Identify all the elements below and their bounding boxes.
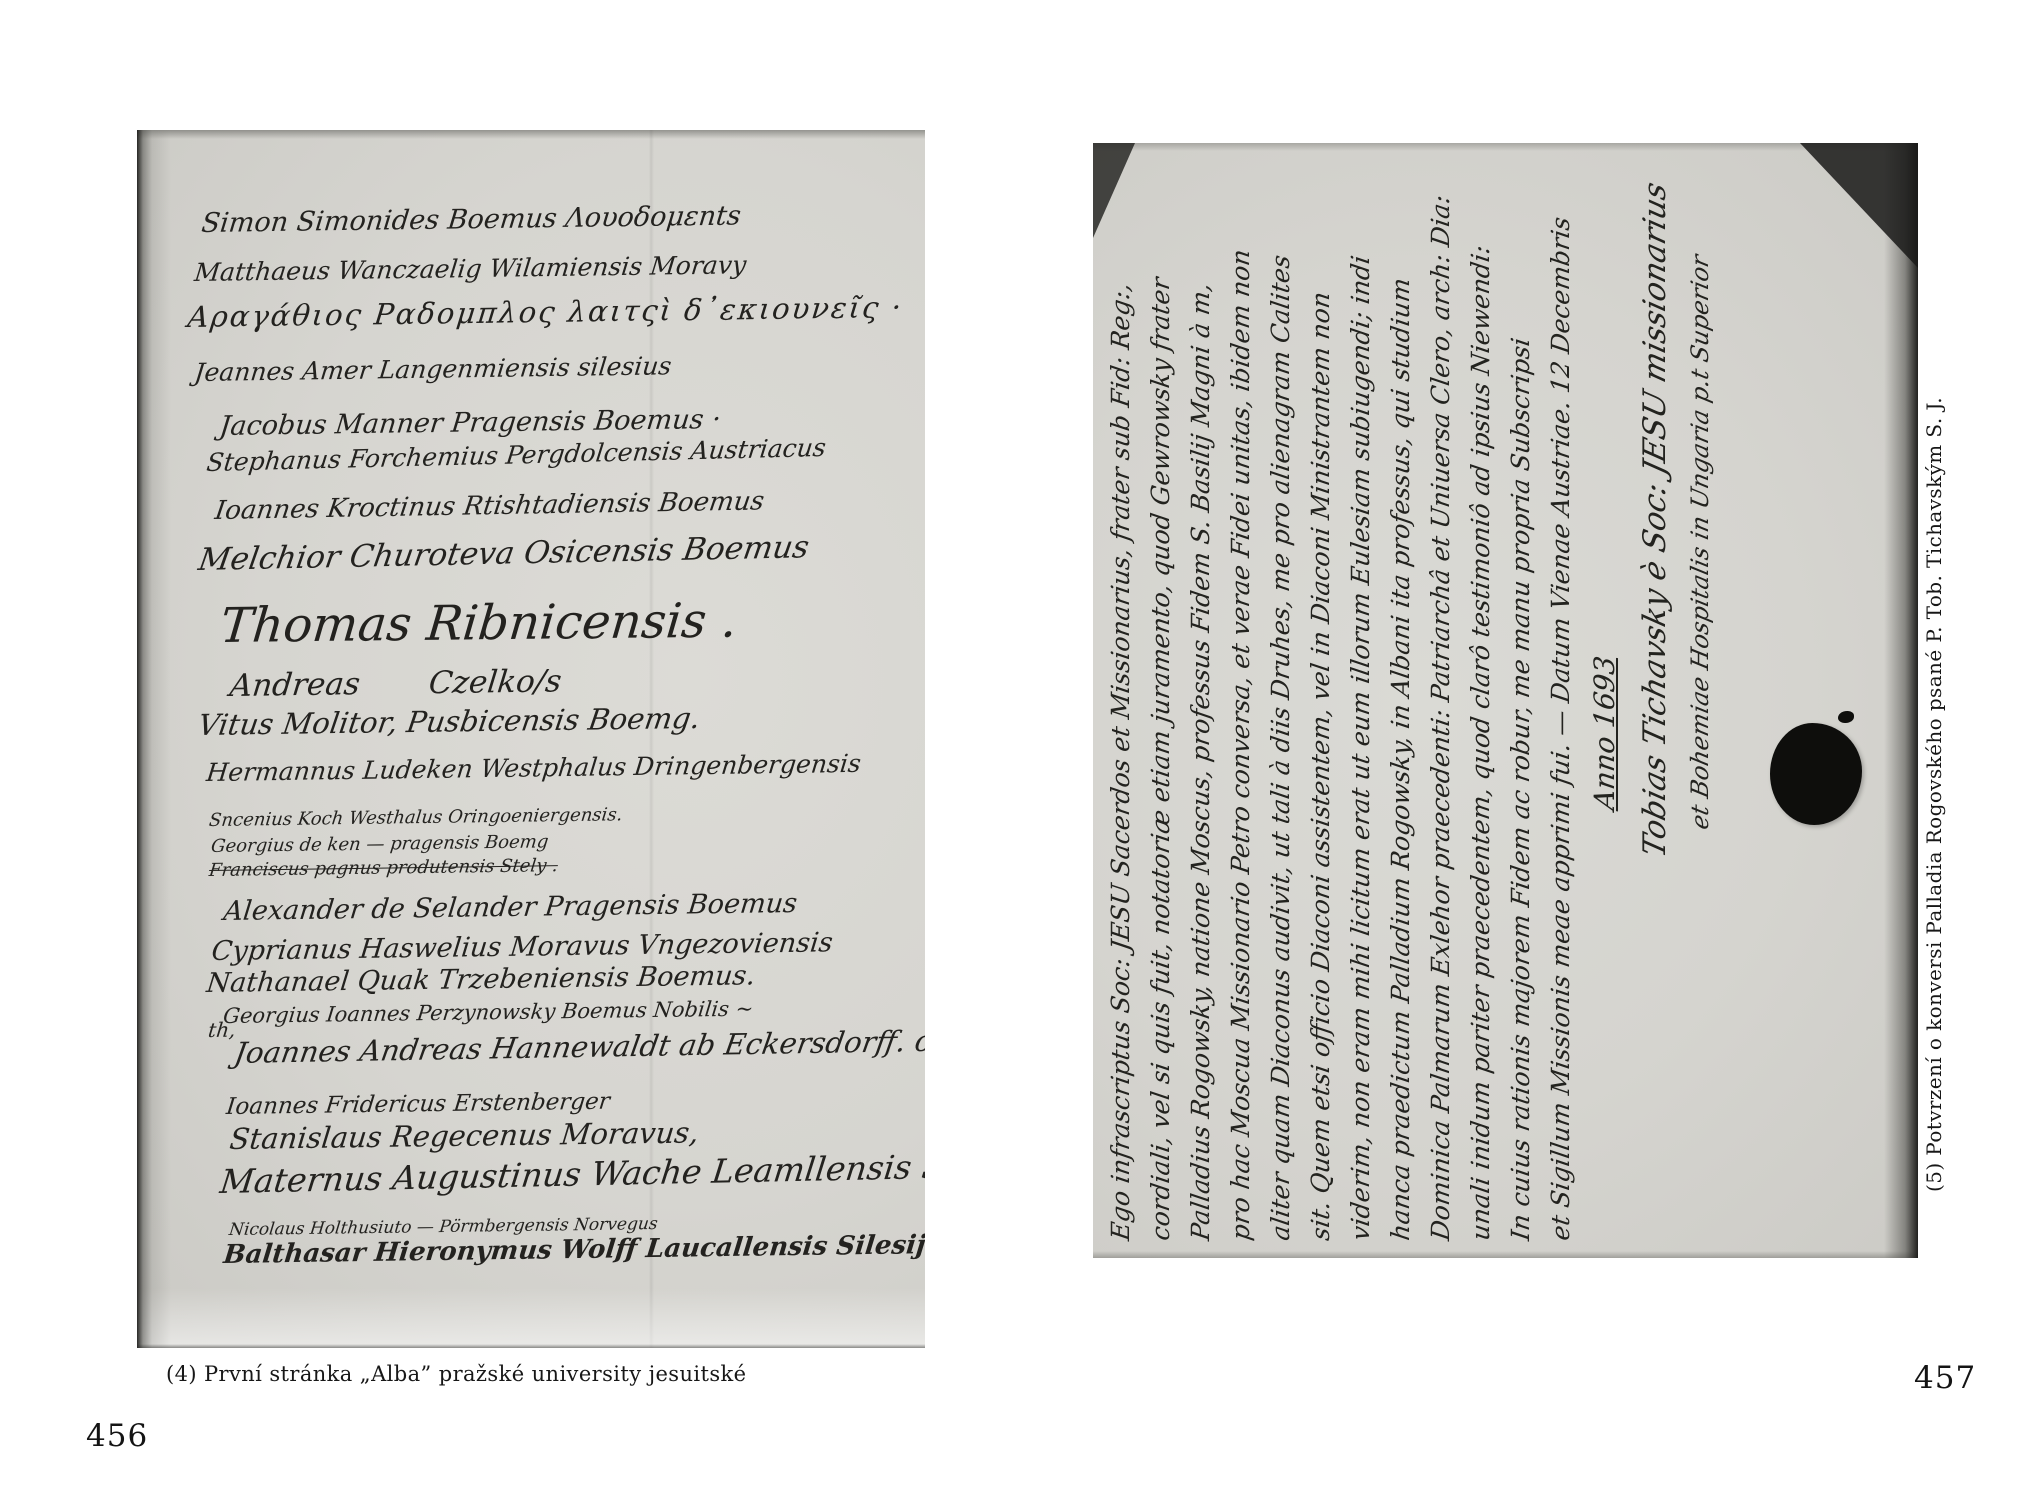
- manuscript-line-struck: Franciscus pagnus produtensis Stely .: [208, 855, 559, 881]
- wax-seal: [1770, 723, 1862, 825]
- manuscript-line: Joannes Andreas Hannewaldt ab Eckersdorf…: [232, 1024, 925, 1070]
- photo-alba-manuscript: Simon Simonides Boemus Λουοδομεnts Matth…: [137, 130, 925, 1348]
- manuscript-line-greek: Αραγάθιος Ραδομπλος λαιτςὶ δ᾽εκιουνεῖς ·: [186, 290, 905, 334]
- manuscript-line-large: Thomas Ribnicensis .: [218, 593, 740, 654]
- letter-signature: et Bohemiae Hospitalis in Ungaria p.t Su…: [1681, 145, 1719, 833]
- caption-figure-5: (5) Potvrzení o konversi Palladia Rogovs…: [1922, 432, 1946, 1192]
- photo-rogovsky-letter: Ego infrascriptus Soc: JESU Sacerdos et …: [1093, 143, 1918, 1258]
- manuscript-line: Jeannes Amer Langenmiensis silesius: [193, 351, 673, 387]
- wax-seal-drip: [1838, 711, 1854, 723]
- manuscript-line: Georgius Ioannes Perzynowsky Boemus Nobi…: [222, 997, 755, 1028]
- letter-line: Dominica Palmarum Exlehor praecedenti: P…: [1421, 147, 1461, 1243]
- manuscript-line: Alexander de Selander Pragensis Boemus: [222, 888, 799, 927]
- manuscript-line: Jacobus Manner Pragensis Boemus ·: [218, 404, 722, 442]
- letter-line: aliter quam Diaconus audivit, ut tali à …: [1261, 147, 1301, 1243]
- rotated-letter-text: Ego infrascriptus Soc: JESU Sacerdos et …: [1101, 153, 1791, 1243]
- letter-line: cordiali, vel si quis fuit, notatoriæ et…: [1141, 147, 1181, 1243]
- letter-line: hanca praedictum Palladium Rogowsky, in …: [1381, 147, 1421, 1243]
- page-number-456: 456: [86, 1418, 148, 1454]
- manuscript-line: Andreas Czelko/s: [228, 663, 563, 704]
- manuscript-line: Ioannes Fridericus Erstenberger: [225, 1089, 611, 1120]
- manuscript-line: Nathanael Quak Trzebeniensis Boemus.: [205, 960, 757, 999]
- letter-line: In cuius rationis majorem Fidem ac robur…: [1501, 147, 1541, 1243]
- letter-line: unali inidum pariter praecedentem, quod …: [1461, 147, 1501, 1243]
- letter-line: pro hac Moscua Missionario Petro convers…: [1221, 147, 1261, 1243]
- caption-figure-4: (4) První stránka „Alba” pražské univers…: [166, 1362, 747, 1386]
- manuscript-line: Stanislaus Regecenus Moravus,: [228, 1115, 701, 1156]
- margin-note: th,: [207, 1018, 237, 1042]
- manuscript-line-small: Sncenius Koch Westhalus Oringoeniergensi…: [208, 804, 624, 831]
- manuscript-line: Ioannes Kroctinus Rtishtadiensis Boemus: [213, 486, 766, 526]
- manuscript-line: Melchior Churoteva Osicensis Boemus: [196, 529, 812, 578]
- manuscript-line: Matthaeus Wanczaelig Wilamiensis Moravy: [193, 250, 748, 287]
- manuscript-line: Simon Simonides Boemus Λουοδομεnts: [200, 200, 742, 239]
- manuscript-line-small: Georgius de ken — pragensis Boemg: [210, 831, 550, 857]
- page-number-457: 457: [1914, 1360, 1976, 1396]
- letter-line: et Sigillum Missionis meae apprimi fui. …: [1541, 147, 1581, 1243]
- letter-line: sit. Quem etsi officio Diaconi assistent…: [1301, 147, 1341, 1243]
- manuscript-line: Hermannus Ludeken Westphalus Dringenberg…: [205, 749, 862, 787]
- photo-corner-shadow: [1800, 143, 1918, 268]
- letter-line: Palladius Rogowsky, natione Moscus, prof…: [1181, 147, 1221, 1243]
- letter-signature: Tobias Tichavsky è Soc: JESU missionariu…: [1629, 143, 1681, 863]
- manuscript-line: Vitus Molitor, Pusbicensis Boemg.: [196, 701, 703, 742]
- letter-date-line: Anno 1693: [1581, 146, 1629, 813]
- letter-line: Ego infrascriptus Soc: JESU Sacerdos et …: [1101, 147, 1141, 1243]
- caption-figure-5-rotated: (5) Potvrzení o konversi Palladia Rogovs…: [1922, 432, 1958, 1192]
- letter-line: viderim, non eram mihi licitum erat ut e…: [1341, 147, 1381, 1243]
